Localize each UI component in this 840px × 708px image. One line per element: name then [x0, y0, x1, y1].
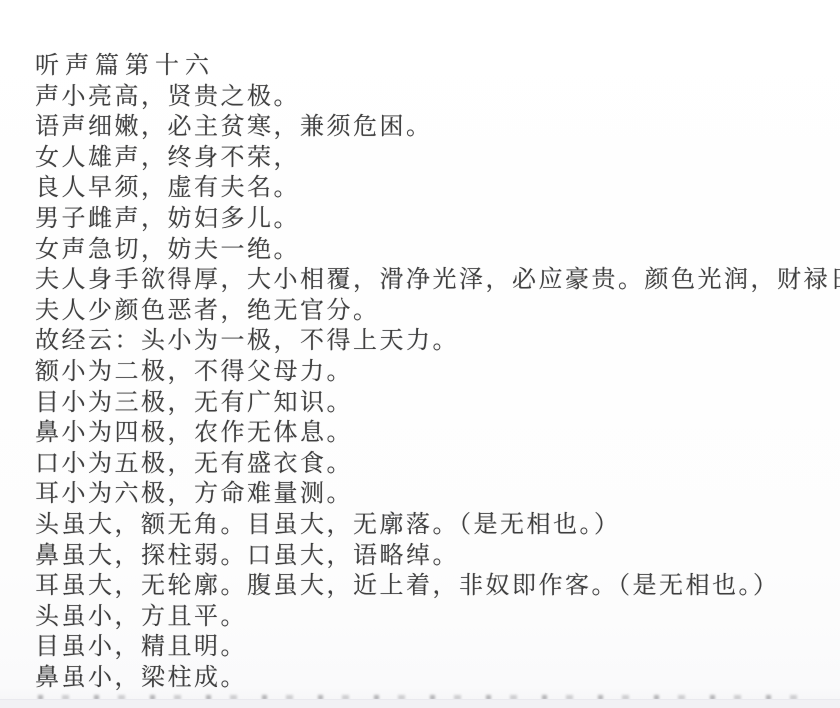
text-line: 声小亮高，贤贵之极。 [35, 81, 834, 112]
text-line: 故经云：头小为一极，不得上天力。 [35, 325, 834, 356]
text-line: 耳小为六极，方命难量测。 [35, 478, 834, 509]
text-line: 鼻虽小，梁柱成。 [35, 662, 834, 693]
text-line: 额小为二极，不得父母力。 [35, 356, 834, 387]
text-line: 目虽小，精且明。 [35, 631, 834, 662]
text-line: 头虽小，方且平。 [35, 601, 834, 632]
text-line: 耳虽大，无轮廓。腹虽大，近上着，非奴即作客。（是无相也。） [35, 570, 834, 601]
text-line: 夫人少颜色恶者，绝无官分。 [35, 295, 834, 326]
text-line: 鼻虽大，探柱弱。口虽大，语略绰。 [35, 540, 834, 571]
text-line: 良人早须，虚有夫名。 [35, 172, 834, 203]
text-block: 听声篇第十六 声小亮高，贤贵之极。 语声细嫩，必主贫寒，兼须危困。 女人雄声，终… [35, 50, 834, 692]
text-line: 女人雄声，终身不荣， [35, 142, 834, 173]
text-line: 口小为五极，无有盛衣食。 [35, 448, 834, 479]
text-line: 目小为三极，无有广知识。 [35, 387, 834, 418]
text-line: 头虽大，额无角。目虽大，无廓落。（是无相也。） [35, 509, 834, 540]
chapter-title: 听声篇第十六 [35, 50, 834, 81]
text-line: 鼻小为四极，农作无体息。 [35, 417, 834, 448]
scanned-document-page: 听声篇第十六 声小亮高，贤贵之极。 语声细嫩，必主贫寒，兼须危困。 女人雄声，终… [0, 0, 840, 708]
text-line: 夫人身手欲得厚，大小相覆，滑净光泽，必应豪贵。颜色光润，财禄日进。 [35, 264, 834, 295]
page-bottom-band [0, 699, 840, 708]
text-line: 语声细嫩，必主贫寒，兼须危困。 [35, 111, 834, 142]
text-line: 男子雌声，妨妇多儿。 [35, 203, 834, 234]
text-line: 女声急切，妨夫一绝。 [35, 234, 834, 265]
